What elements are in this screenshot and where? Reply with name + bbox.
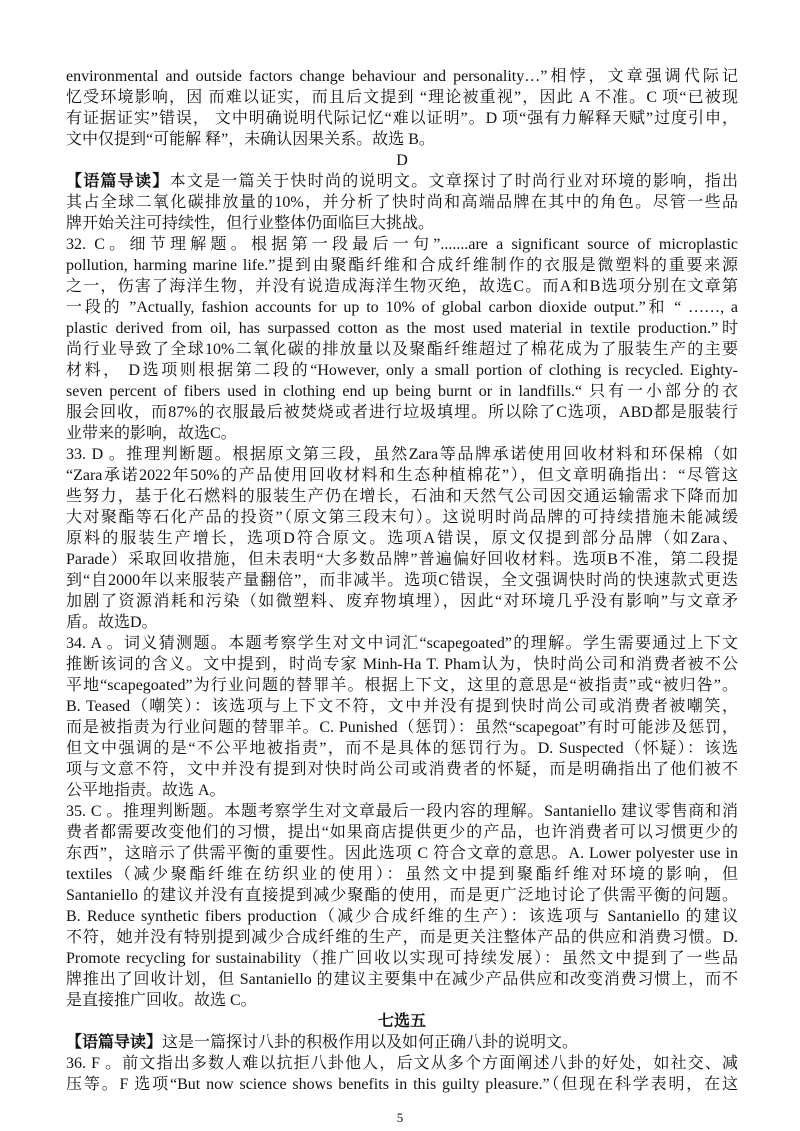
text-line: 33. D 。推理判断题。根据原文第三段，虽然Zara等品牌承诺使用回收材料和环…: [66, 444, 738, 465]
text-line: seven percent of fibers used in clothing…: [66, 381, 738, 402]
text-line: 材料， D选项则根据第二段的“However, only a small por…: [66, 360, 738, 381]
text-line: 牌推出了回收计划，但 Santaniello 的建议主要集中在减少产品供应和改变…: [66, 969, 738, 990]
text-line: “Zara承诺2022年50%的产品使用回收材料和生态种植棉花”），但文章明确指…: [66, 465, 738, 486]
text-line: 东西”，这暗示了供需平衡的重要性。因此选项 C 符合文章的意思。A. Lower…: [66, 843, 738, 864]
text-line: textiles（减少聚酯纤维在纺织业的使用）：虽然文中提到聚酯纤维对环境的影响…: [66, 864, 738, 885]
passage-d-guide: 【语篇导读】本文是一篇关于快时尚的说明文。文章探讨了时尚行业对环境的影响，指出其…: [66, 171, 738, 234]
text-line: B. Reduce synthetic fibers production（减少…: [66, 906, 738, 927]
text-line: 到“自2000年以来服装产量翻倍”，而非减半。选项C错误，全文强调快时尚的快速款…: [66, 570, 738, 591]
answer-35: 35. C 。推理判断题。本题考察学生对文章最后一段内容的理解。Santanie…: [66, 801, 738, 1011]
text-line: B. Teased（嘲笑）：该选项与上下文不符，文中并没有提到快时尚公司或消费者…: [66, 696, 738, 717]
text-line: 一段的 ”Actually, fashion accounts for up t…: [66, 297, 738, 318]
guide-label: 【语篇导读】: [66, 1034, 162, 1051]
answer-32: 32. C。细节理解题。根据第一段最后一句”.......are a signi…: [66, 234, 738, 444]
text-line: Promote recycling for sustainability（推广回…: [66, 948, 738, 969]
page-number: 5: [0, 1110, 800, 1126]
text-line: plastic derived from oil, has surpassed …: [66, 318, 738, 339]
answer-33: 33. D 。推理判断题。根据原文第三段，虽然Zara等品牌承诺使用回收材料和环…: [66, 444, 738, 633]
text-line: 压等。F 选项“But now science shows benefits i…: [66, 1074, 738, 1095]
text-line: 盾。故选D。: [66, 612, 738, 633]
text-line: Santaniello 的建议并没有直接提到减少聚酯的使用，而是更广泛地讨论了供…: [66, 885, 738, 906]
section-heading-passage-d: D: [66, 150, 738, 171]
passage-gossip-guide: 【语篇导读】这是一篇探讨八卦的积极作用以及如何正确八卦的说明文。: [66, 1032, 738, 1053]
text-line: 而是被指责为行业问题的替罪羊。C. Punished（惩罚）：虽然“scapeg…: [66, 717, 738, 738]
text-line: 【语篇导读】这是一篇探讨八卦的积极作用以及如何正确八卦的说明文。: [66, 1032, 738, 1053]
text-line: 35. C 。推理判断题。本题考察学生对文章最后一段内容的理解。Santanie…: [66, 801, 738, 822]
text-line: 平地“scapegoated”为行业问题的替罪羊。根据上下文，这里的意思是“被指…: [66, 675, 738, 696]
text-line: 大对聚酯等石化产品的投资”（原文第三段末句）。这说明时尚品牌的可持续措施未能减缓: [66, 507, 738, 528]
section-heading-seven-choose-five: 七选五: [66, 1011, 738, 1032]
text-line: 尚行业导致了全球10%二氧化碳的排放量以及聚酯纤维超过了棉花成为了服装生产的主要: [66, 339, 738, 360]
answer-36: 36. F 。前文指出多数人难以抗拒八卦他人，后文从多个方面阐述八卦的好处，如社…: [66, 1053, 738, 1095]
text-line: 文中仅提到“可能解 释”，未确认因果关系。故选 B。: [66, 129, 738, 150]
text-line: 其占全球二氧化碳排放量的10%，并分析了快时尚和高端品牌在其中的角色。尽管一些品: [66, 192, 738, 213]
text-line: 原料的服装生产增长，选项D符合原文。选项A错误，原文仅提到部分品牌（如Zara、: [66, 528, 738, 549]
text-line: 有证据证实”错误， 文中明确说明代际记忆“难以证明”。D 项“强有力解释天赋”过…: [66, 108, 738, 129]
text-line: Parade）采取回收措施，但未表明“大多数品牌”普遍偏好回收材料。选项B不准，…: [66, 549, 738, 570]
text-line: 服会回收，而87%的衣服最后被焚烧或者进行垃圾填埋。所以除了C选项，ABD都是服…: [66, 402, 738, 423]
text-line: 不符，她并没有特别提到减少合成纤维的生产，而是更关注整体产品的供应和消费习惯。D…: [66, 927, 738, 948]
text-line: 推断该词的含义。文中提到，时尚专家 Minh-Ha T. Pham认为，快时尚公…: [66, 654, 738, 675]
text-line: 34. A 。词义猜测题。本题考察学生对文中词汇“scapegoated”的理解…: [66, 633, 738, 654]
text-line: 公平地指责。故选 A。: [66, 780, 738, 801]
text-line: 36. F 。前文指出多数人难以抗拒八卦他人，后文从多个方面阐述八卦的好处，如社…: [66, 1053, 738, 1074]
text-line: environmental and outside factors change…: [66, 66, 738, 87]
text-line: 【语篇导读】本文是一篇关于快时尚的说明文。文章探讨了时尚行业对环境的影响，指出: [66, 171, 738, 192]
text-line: 些努力，基于化石燃料的服装生产仍在增长，石油和天然气公司因交通运输需求下降而加: [66, 486, 738, 507]
text-line: 加剧了资源消耗和污染（如微塑料、废弃物填埋），因此“对环境几乎没有影响”与文章矛: [66, 591, 738, 612]
text-line: 忆受环境影响，因 而难以证实，而且后文提到 “理论被重视”，因此 A 不准。C …: [66, 87, 738, 108]
guide-label: 【语篇导读】: [66, 173, 170, 190]
text-line: 之一，伤害了海洋生物，并没有说造成海洋生物灭绝，故选C。而A和B选项分别在文章第: [66, 276, 738, 297]
answer-31-continuation: environmental and outside factors change…: [66, 66, 738, 150]
answer-34: 34. A 。词义猜测题。本题考察学生对文中词汇“scapegoated”的理解…: [66, 633, 738, 801]
text-line: 费者都需要改变他们的习惯，提出“如果商店提供更少的产品，也许消费者可以习惯更少的: [66, 822, 738, 843]
document-body: environmental and outside factors change…: [66, 66, 738, 1095]
text-line: 牌开始关注可持续性，但行业整体仍面临巨大挑战。: [66, 213, 738, 234]
text-line: 业带来的影响，故选C。: [66, 423, 738, 444]
text-line: 是直接推广回收。故选 C。: [66, 990, 738, 1011]
text-line: 项与文意不符，文中并没有提到对快时尚公司或消费者的怀疑，而是明确指出了他们被不: [66, 759, 738, 780]
text-line: pollution, harming marine life.”提到由聚酯纤维和…: [66, 255, 738, 276]
text-line: 但文中强调的是“不公平地被指责”，而不是具体的惩罚行为。D. Suspected…: [66, 738, 738, 759]
text-line: 32. C。细节理解题。根据第一段最后一句”.......are a signi…: [66, 234, 738, 255]
